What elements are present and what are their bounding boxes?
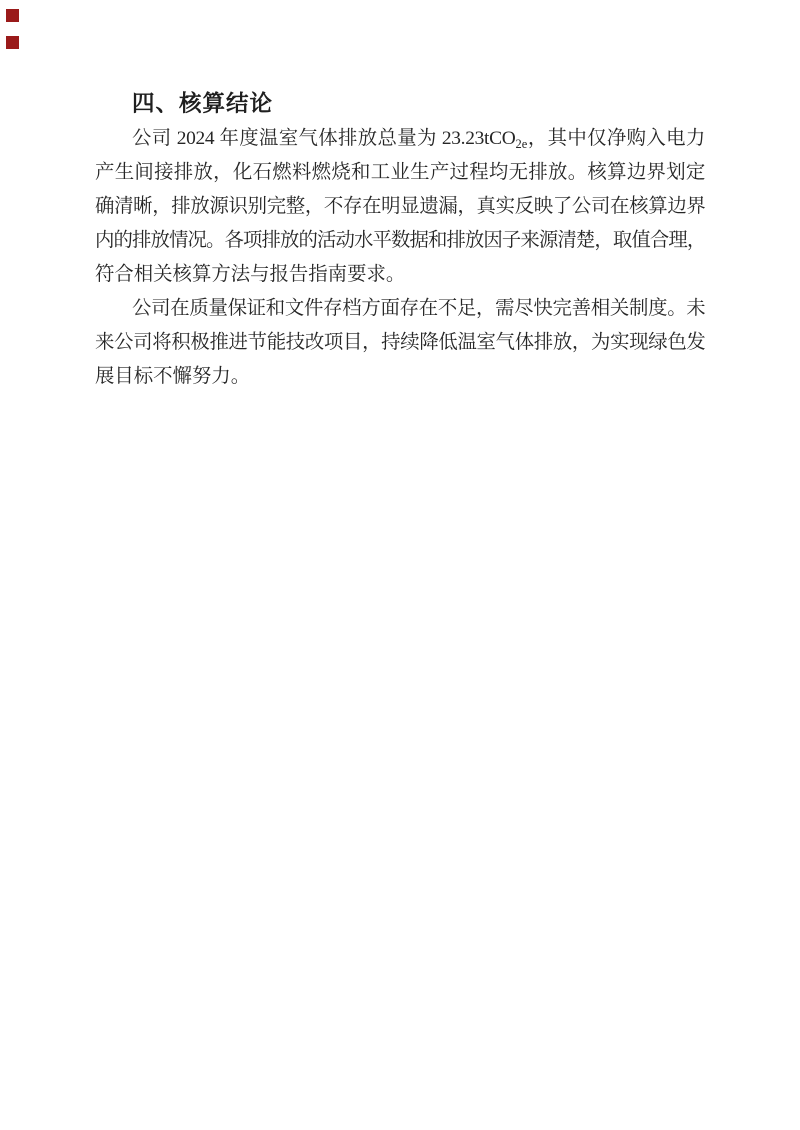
section-heading: 四、核算结论 xyxy=(132,91,705,117)
paragraph-line: 内的排放情况。各项排放的活动水平数据和排放因子来源清楚，取值合理， xyxy=(95,224,705,258)
co2e-subscript: 2e xyxy=(515,137,527,151)
paragraph-line: 公司在质量保证和文件存档方面存在不足，需尽快完善相关制度。未 xyxy=(95,292,705,326)
red-annotation-marker-top xyxy=(6,9,19,22)
paragraph-line: 展目标不懈努力。 xyxy=(95,360,705,394)
red-annotation-marker-bottom xyxy=(6,36,19,49)
paragraph-line: 来公司将积极推进节能技改项目，持续降低温室气体排放，为实现绿色发 xyxy=(95,326,705,360)
paragraph-improvement: 公司在质量保证和文件存档方面存在不足，需尽快完善相关制度。未 来公司将积极推进节… xyxy=(95,292,705,394)
paragraph-line: 产生间接排放，化石燃料燃烧和工业生产过程均无排放。核算边界划定准 xyxy=(95,156,705,190)
paragraph-conclusion: 公司 2024 年度温室气体排放总量为 23.23tCO2e，其中仅净购入电力 … xyxy=(95,122,705,292)
line1-text-post: ，其中仅净购入电力 xyxy=(527,128,705,149)
document-page: 四、核算结论 公司 2024 年度温室气体排放总量为 23.23tCO2e，其中… xyxy=(0,0,800,1130)
paragraph-line: 符合相关核算方法与报告指南要求。 xyxy=(95,258,705,292)
paragraph-line: 公司 2024 年度温室气体排放总量为 23.23tCO2e，其中仅净购入电力 xyxy=(95,122,705,156)
paragraph-line: 确清晰，排放源识别完整，不存在明显遗漏，真实反映了公司在核算边界 xyxy=(95,190,705,224)
document-body: 公司 2024 年度温室气体排放总量为 23.23tCO2e，其中仅净购入电力 … xyxy=(95,122,705,394)
line1-text-pre: 公司 2024 年度温室气体排放总量为 23.23tCO xyxy=(132,128,515,149)
